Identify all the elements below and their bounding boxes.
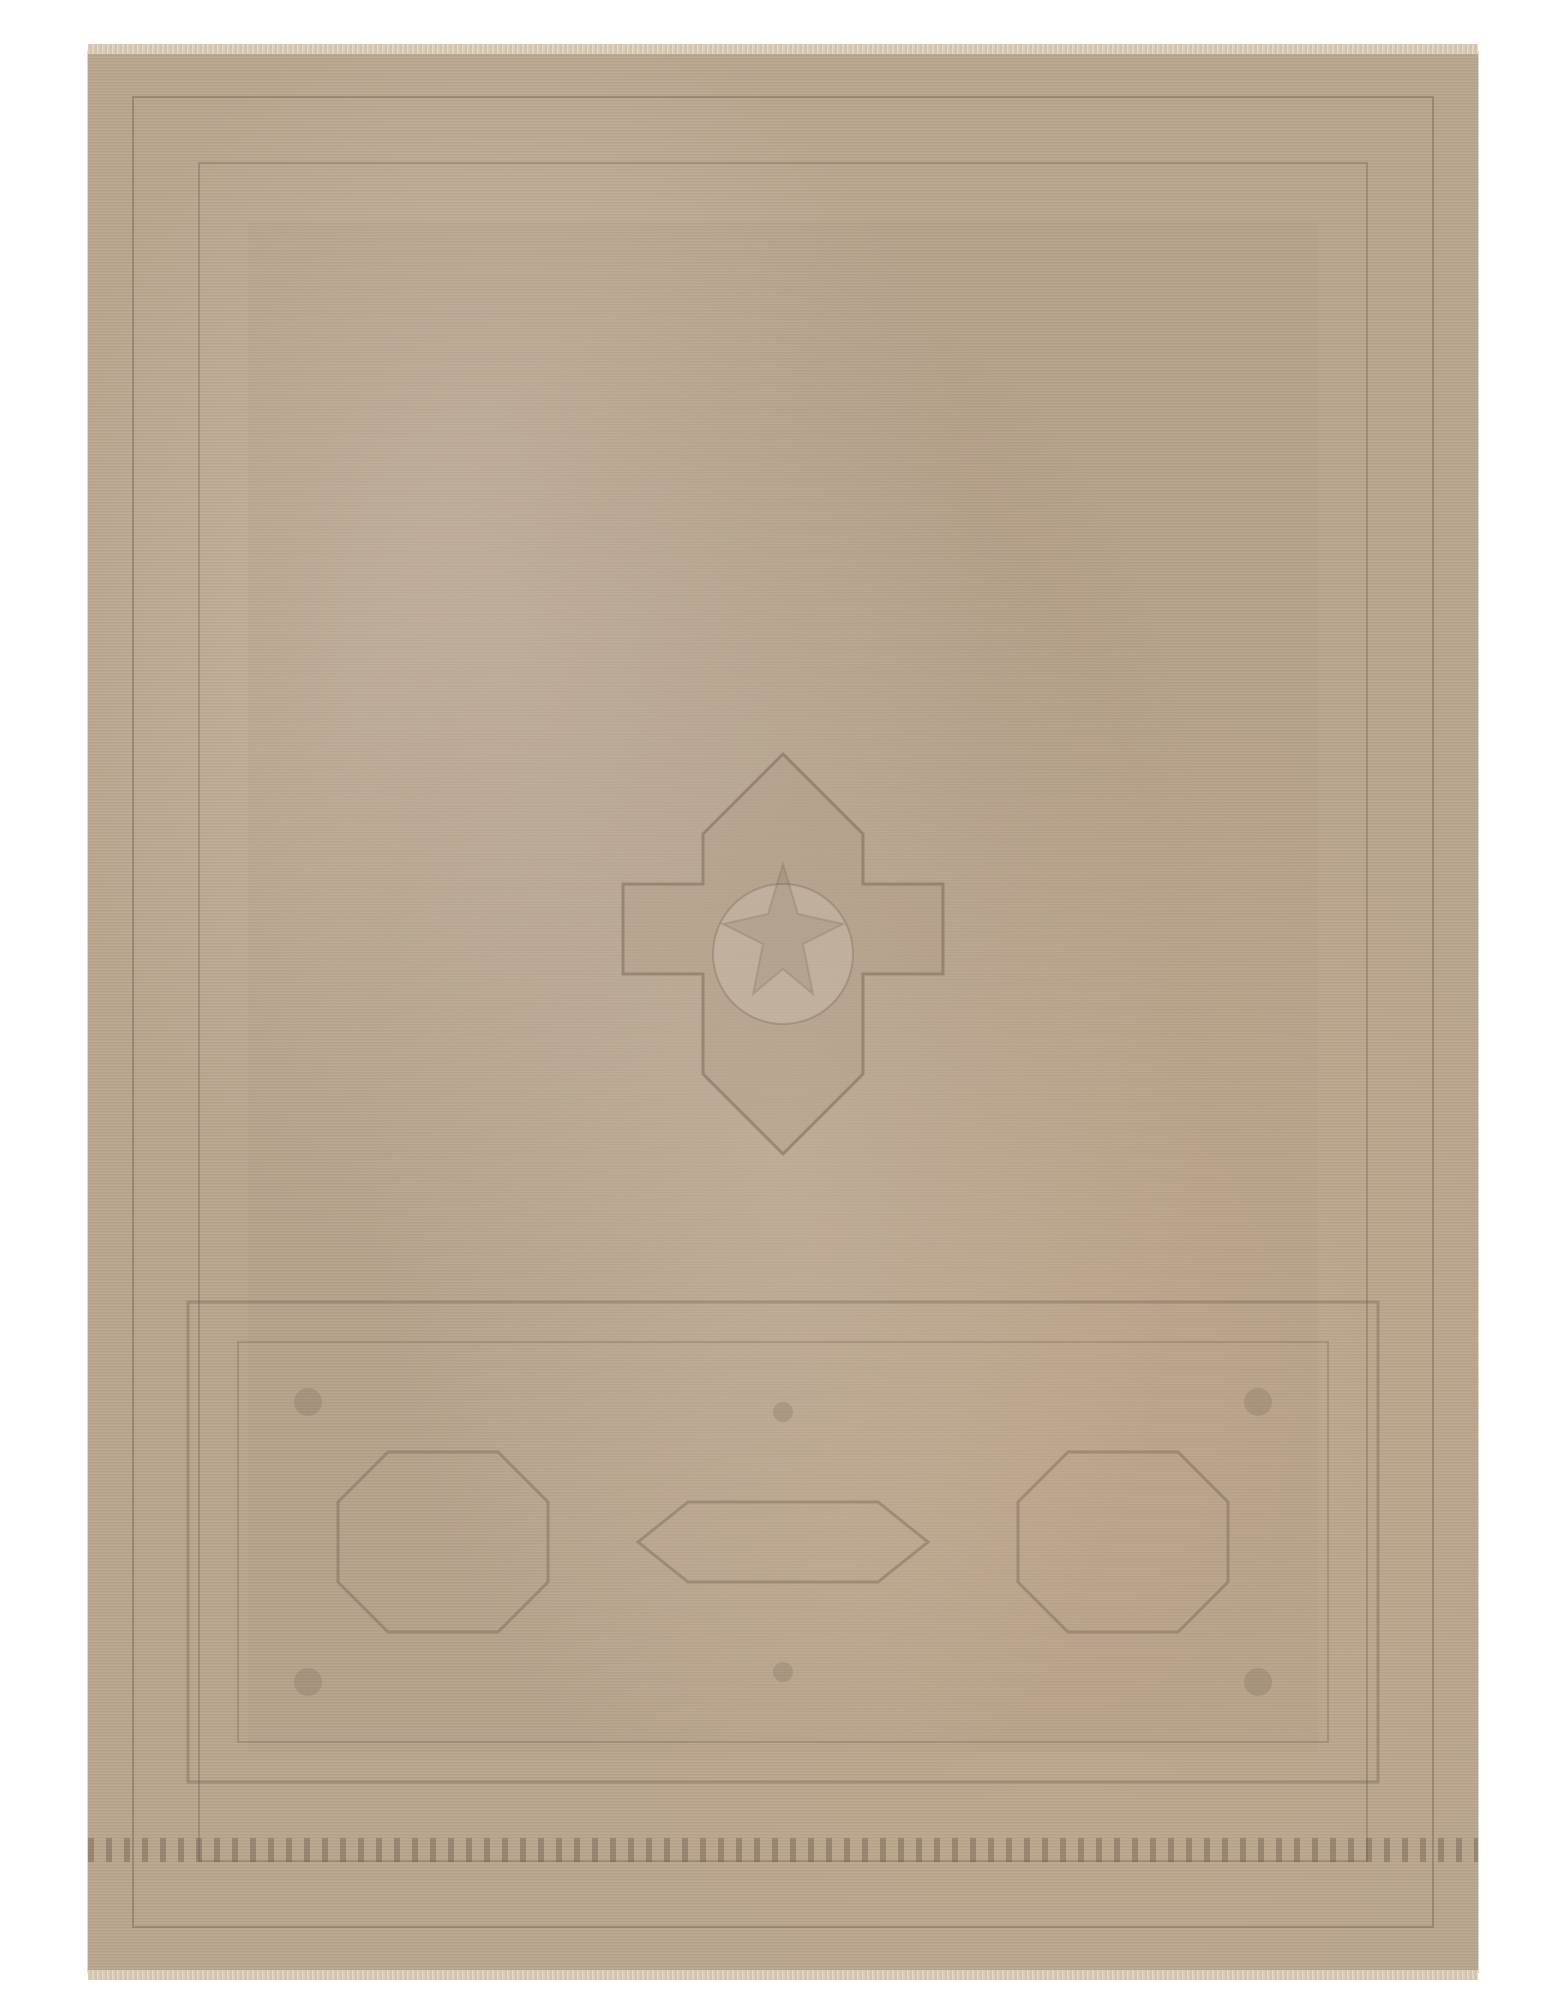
top-fringe [88,44,1478,54]
central-medallion [523,714,1043,1234]
lower-border-motifs [168,1282,1398,1802]
bottom-guard-pattern [88,1838,1478,1862]
rug [88,52,1478,1972]
bottom-fringe [88,1970,1478,1980]
